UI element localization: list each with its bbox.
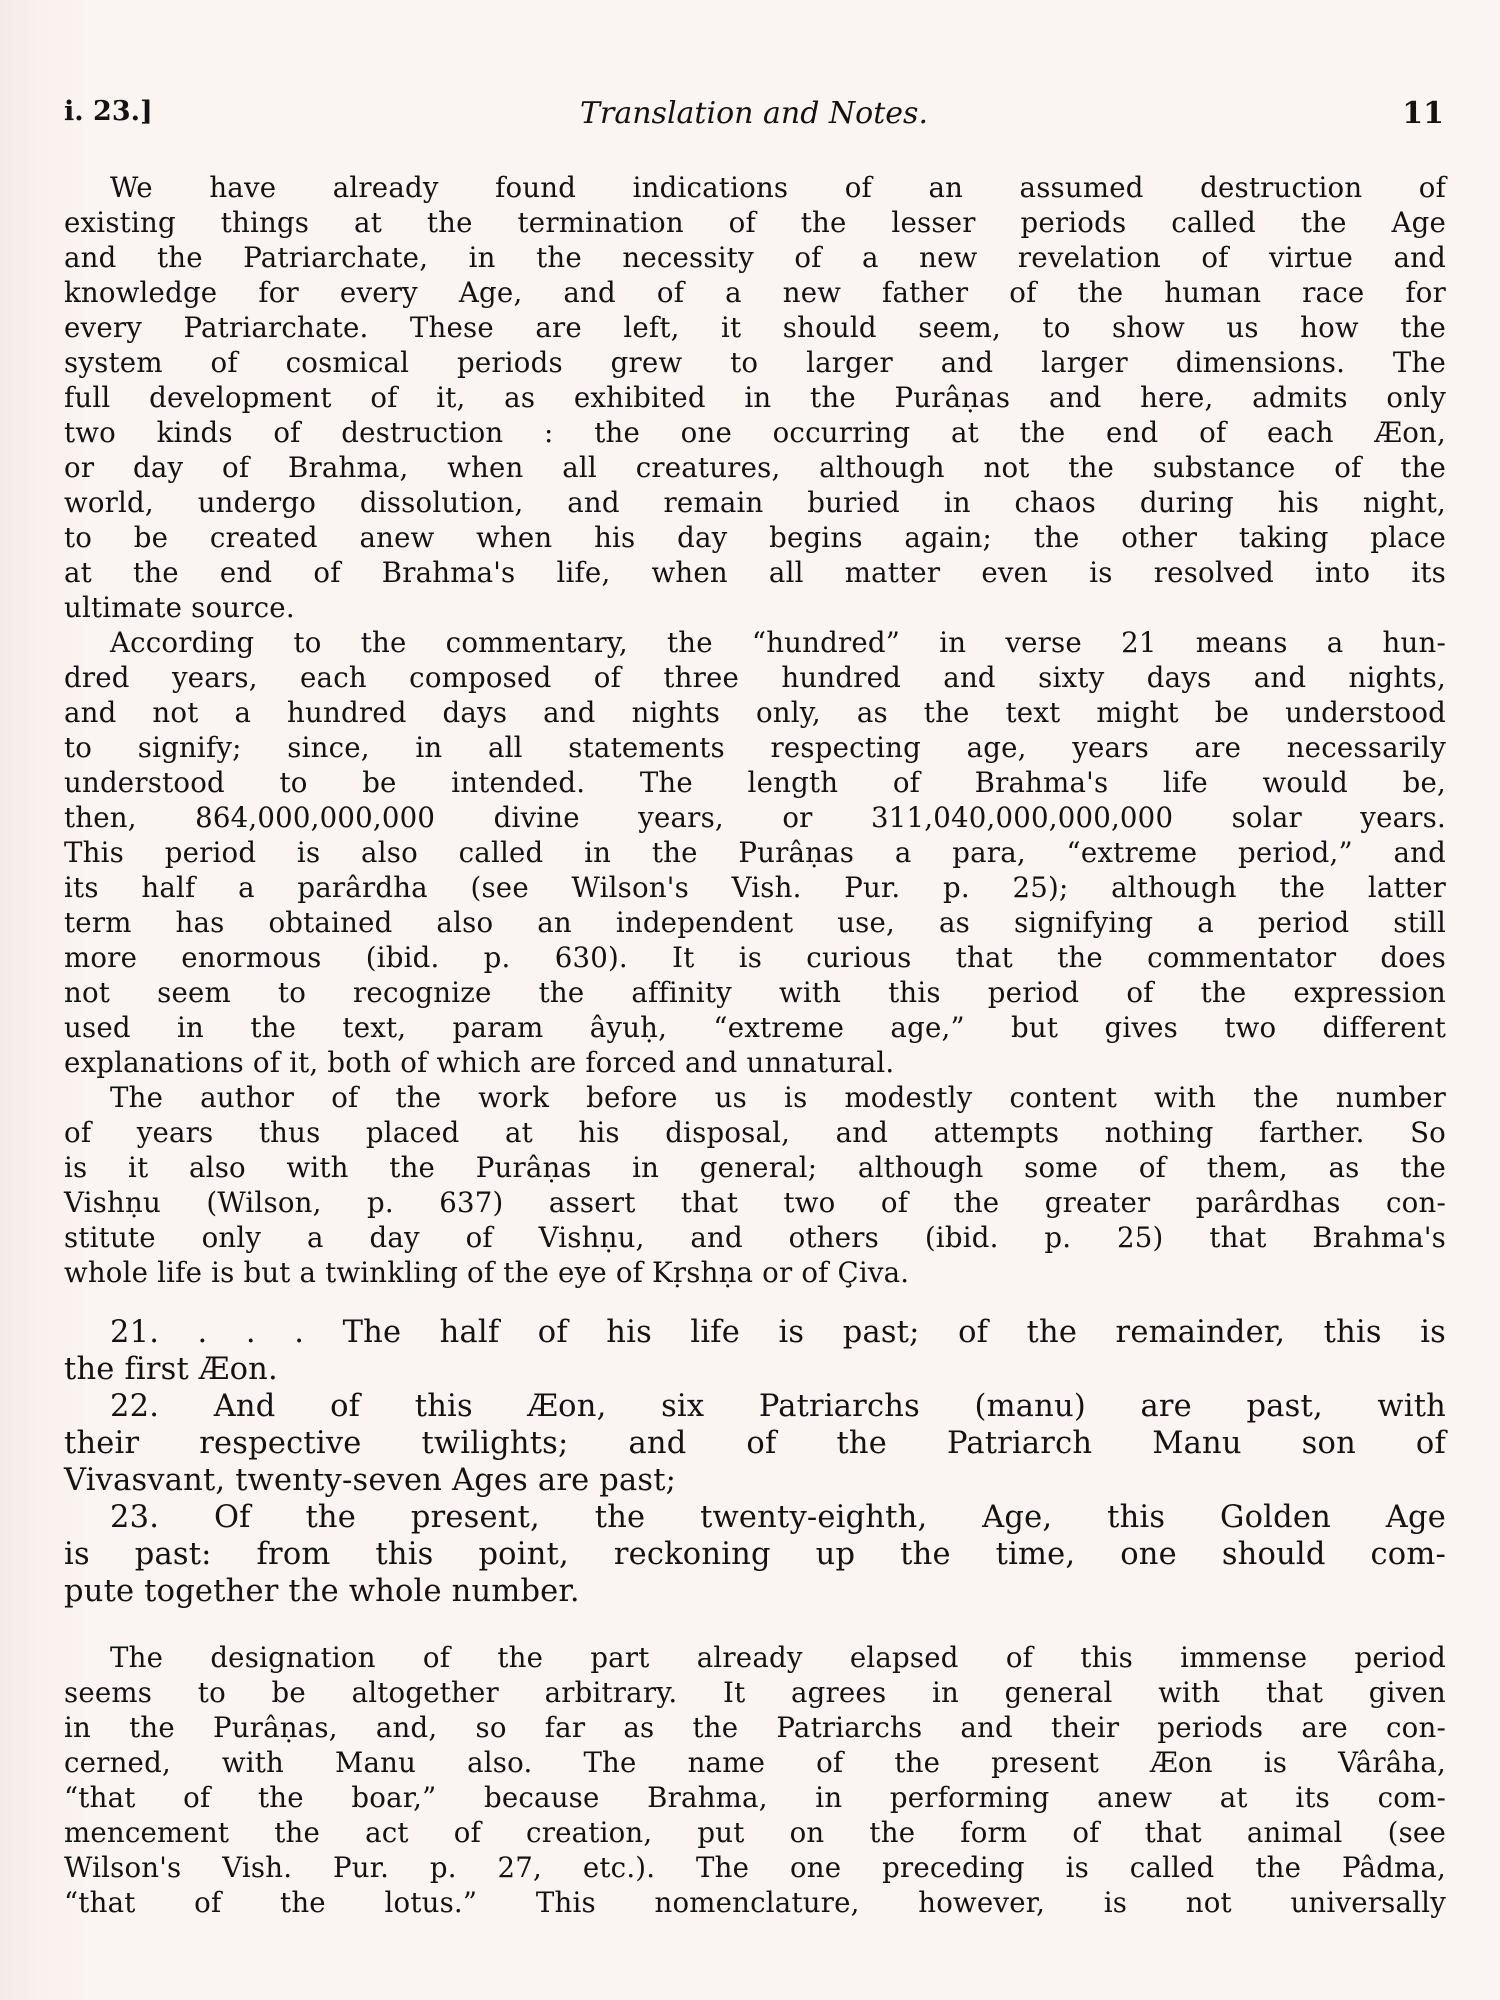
text-line: We have already found indications of an … bbox=[64, 170, 1446, 205]
text-line: is it also with the Purâṇas in general; … bbox=[64, 1150, 1446, 1185]
note-paragraph: We have already found indications of an … bbox=[64, 170, 1446, 625]
text-line: and not a hundred days and nights only, … bbox=[64, 695, 1446, 730]
text-line: Vishṇu (Wilson, p. 637) assert that two … bbox=[64, 1185, 1446, 1220]
running-title: Translation and Notes. bbox=[64, 96, 1444, 131]
spacer bbox=[64, 1610, 1446, 1640]
text-line: existing things at the termination of th… bbox=[64, 205, 1446, 240]
verse-line: 21. . . . The half of his life is past; … bbox=[64, 1314, 1446, 1351]
text-line: term has obtained also an independent us… bbox=[64, 905, 1446, 940]
verse-line: the first Æon. bbox=[64, 1351, 1446, 1388]
text-line: of years thus placed at his disposal, an… bbox=[64, 1115, 1446, 1150]
verse-line: is past: from this point, reckoning up t… bbox=[64, 1536, 1446, 1573]
text-line: This period is also called in the Purâṇa… bbox=[64, 835, 1446, 870]
verse-line: Vivasvant, twenty-seven Ages are past; bbox=[64, 1462, 1446, 1499]
text-line: used in the text, param âyuḥ, “extreme a… bbox=[64, 1010, 1446, 1045]
spacer bbox=[64, 1290, 1446, 1314]
running-header: i. 23.] Translation and Notes. 11 bbox=[64, 96, 1444, 136]
note-paragraph: The designation of the part already elap… bbox=[64, 1640, 1446, 1920]
text-line: seems to be altogether arbitrary. It agr… bbox=[64, 1675, 1446, 1710]
text-line: in the Purâṇas, and, so far as the Patri… bbox=[64, 1710, 1446, 1745]
note-paragraph: According to the commentary, the “hundre… bbox=[64, 625, 1446, 1080]
text-line: to be created anew when his day begins a… bbox=[64, 520, 1446, 555]
text-line: Wilson's Vish. Pur. p. 27, etc.). The on… bbox=[64, 1850, 1446, 1885]
text-line: two kinds of destruction : the one occur… bbox=[64, 415, 1446, 450]
text-line: not seem to recognize the affinity with … bbox=[64, 975, 1446, 1010]
text-line: knowledge for every Age, and of a new fa… bbox=[64, 275, 1446, 310]
note-paragraph: The author of the work before us is mode… bbox=[64, 1080, 1446, 1290]
text-line: ultimate source. bbox=[64, 590, 1446, 625]
text-line: mencement the act of creation, put on th… bbox=[64, 1815, 1446, 1850]
text-line: then, 864,000,000,000 divine years, or 3… bbox=[64, 800, 1446, 835]
text-line: The designation of the part already elap… bbox=[64, 1640, 1446, 1675]
text-line: explanations of it, both of which are fo… bbox=[64, 1045, 1446, 1080]
text-line: more enormous (ibid. p. 630). It is curi… bbox=[64, 940, 1446, 975]
text-line: The author of the work before us is mode… bbox=[64, 1080, 1446, 1115]
text-line: at the end of Brahma's life, when all ma… bbox=[64, 555, 1446, 590]
text-line: to signify; since, in all statements res… bbox=[64, 730, 1446, 765]
text-line: “that of the boar,” because Brahma, in p… bbox=[64, 1780, 1446, 1815]
text-line: stitute only a day of Vishṇu, and others… bbox=[64, 1220, 1446, 1255]
verse-line: pute together the whole number. bbox=[64, 1573, 1446, 1610]
verse-line: their respective twilights; and of the P… bbox=[64, 1425, 1446, 1462]
text-line: dred years, each composed of three hundr… bbox=[64, 660, 1446, 695]
text-line: or day of Brahma, when all creatures, al… bbox=[64, 450, 1446, 485]
text-line: According to the commentary, the “hundre… bbox=[64, 625, 1446, 660]
text-line: full development of it, as exhibited in … bbox=[64, 380, 1446, 415]
text-line: world, undergo dissolution, and remain b… bbox=[64, 485, 1446, 520]
text-line: “that of the lotus.” This nomenclature, … bbox=[64, 1885, 1446, 1920]
text-line: every Patriarchate. These are left, it s… bbox=[64, 310, 1446, 345]
verse-line: 23. Of the present, the twenty-eighth, A… bbox=[64, 1499, 1446, 1536]
page-body: We have already found indications of an … bbox=[64, 170, 1446, 1920]
text-line: whole life is but a twinkling of the eye… bbox=[64, 1255, 1446, 1290]
text-line: system of cosmical periods grew to large… bbox=[64, 345, 1446, 380]
verse-line: 22. And of this Æon, six Patriarchs (man… bbox=[64, 1388, 1446, 1425]
text-line: understood to be intended. The length of… bbox=[64, 765, 1446, 800]
verse-block: 21. . . . The half of his life is past; … bbox=[64, 1314, 1446, 1610]
page-number: 11 bbox=[1402, 96, 1444, 131]
book-page: i. 23.] Translation and Notes. 11 We hav… bbox=[0, 0, 1500, 2000]
text-line: its half a parârdha (see Wilson's Vish. … bbox=[64, 870, 1446, 905]
text-line: and the Patriarchate, in the necessity o… bbox=[64, 240, 1446, 275]
text-line: cerned, with Manu also. The name of the … bbox=[64, 1745, 1446, 1780]
